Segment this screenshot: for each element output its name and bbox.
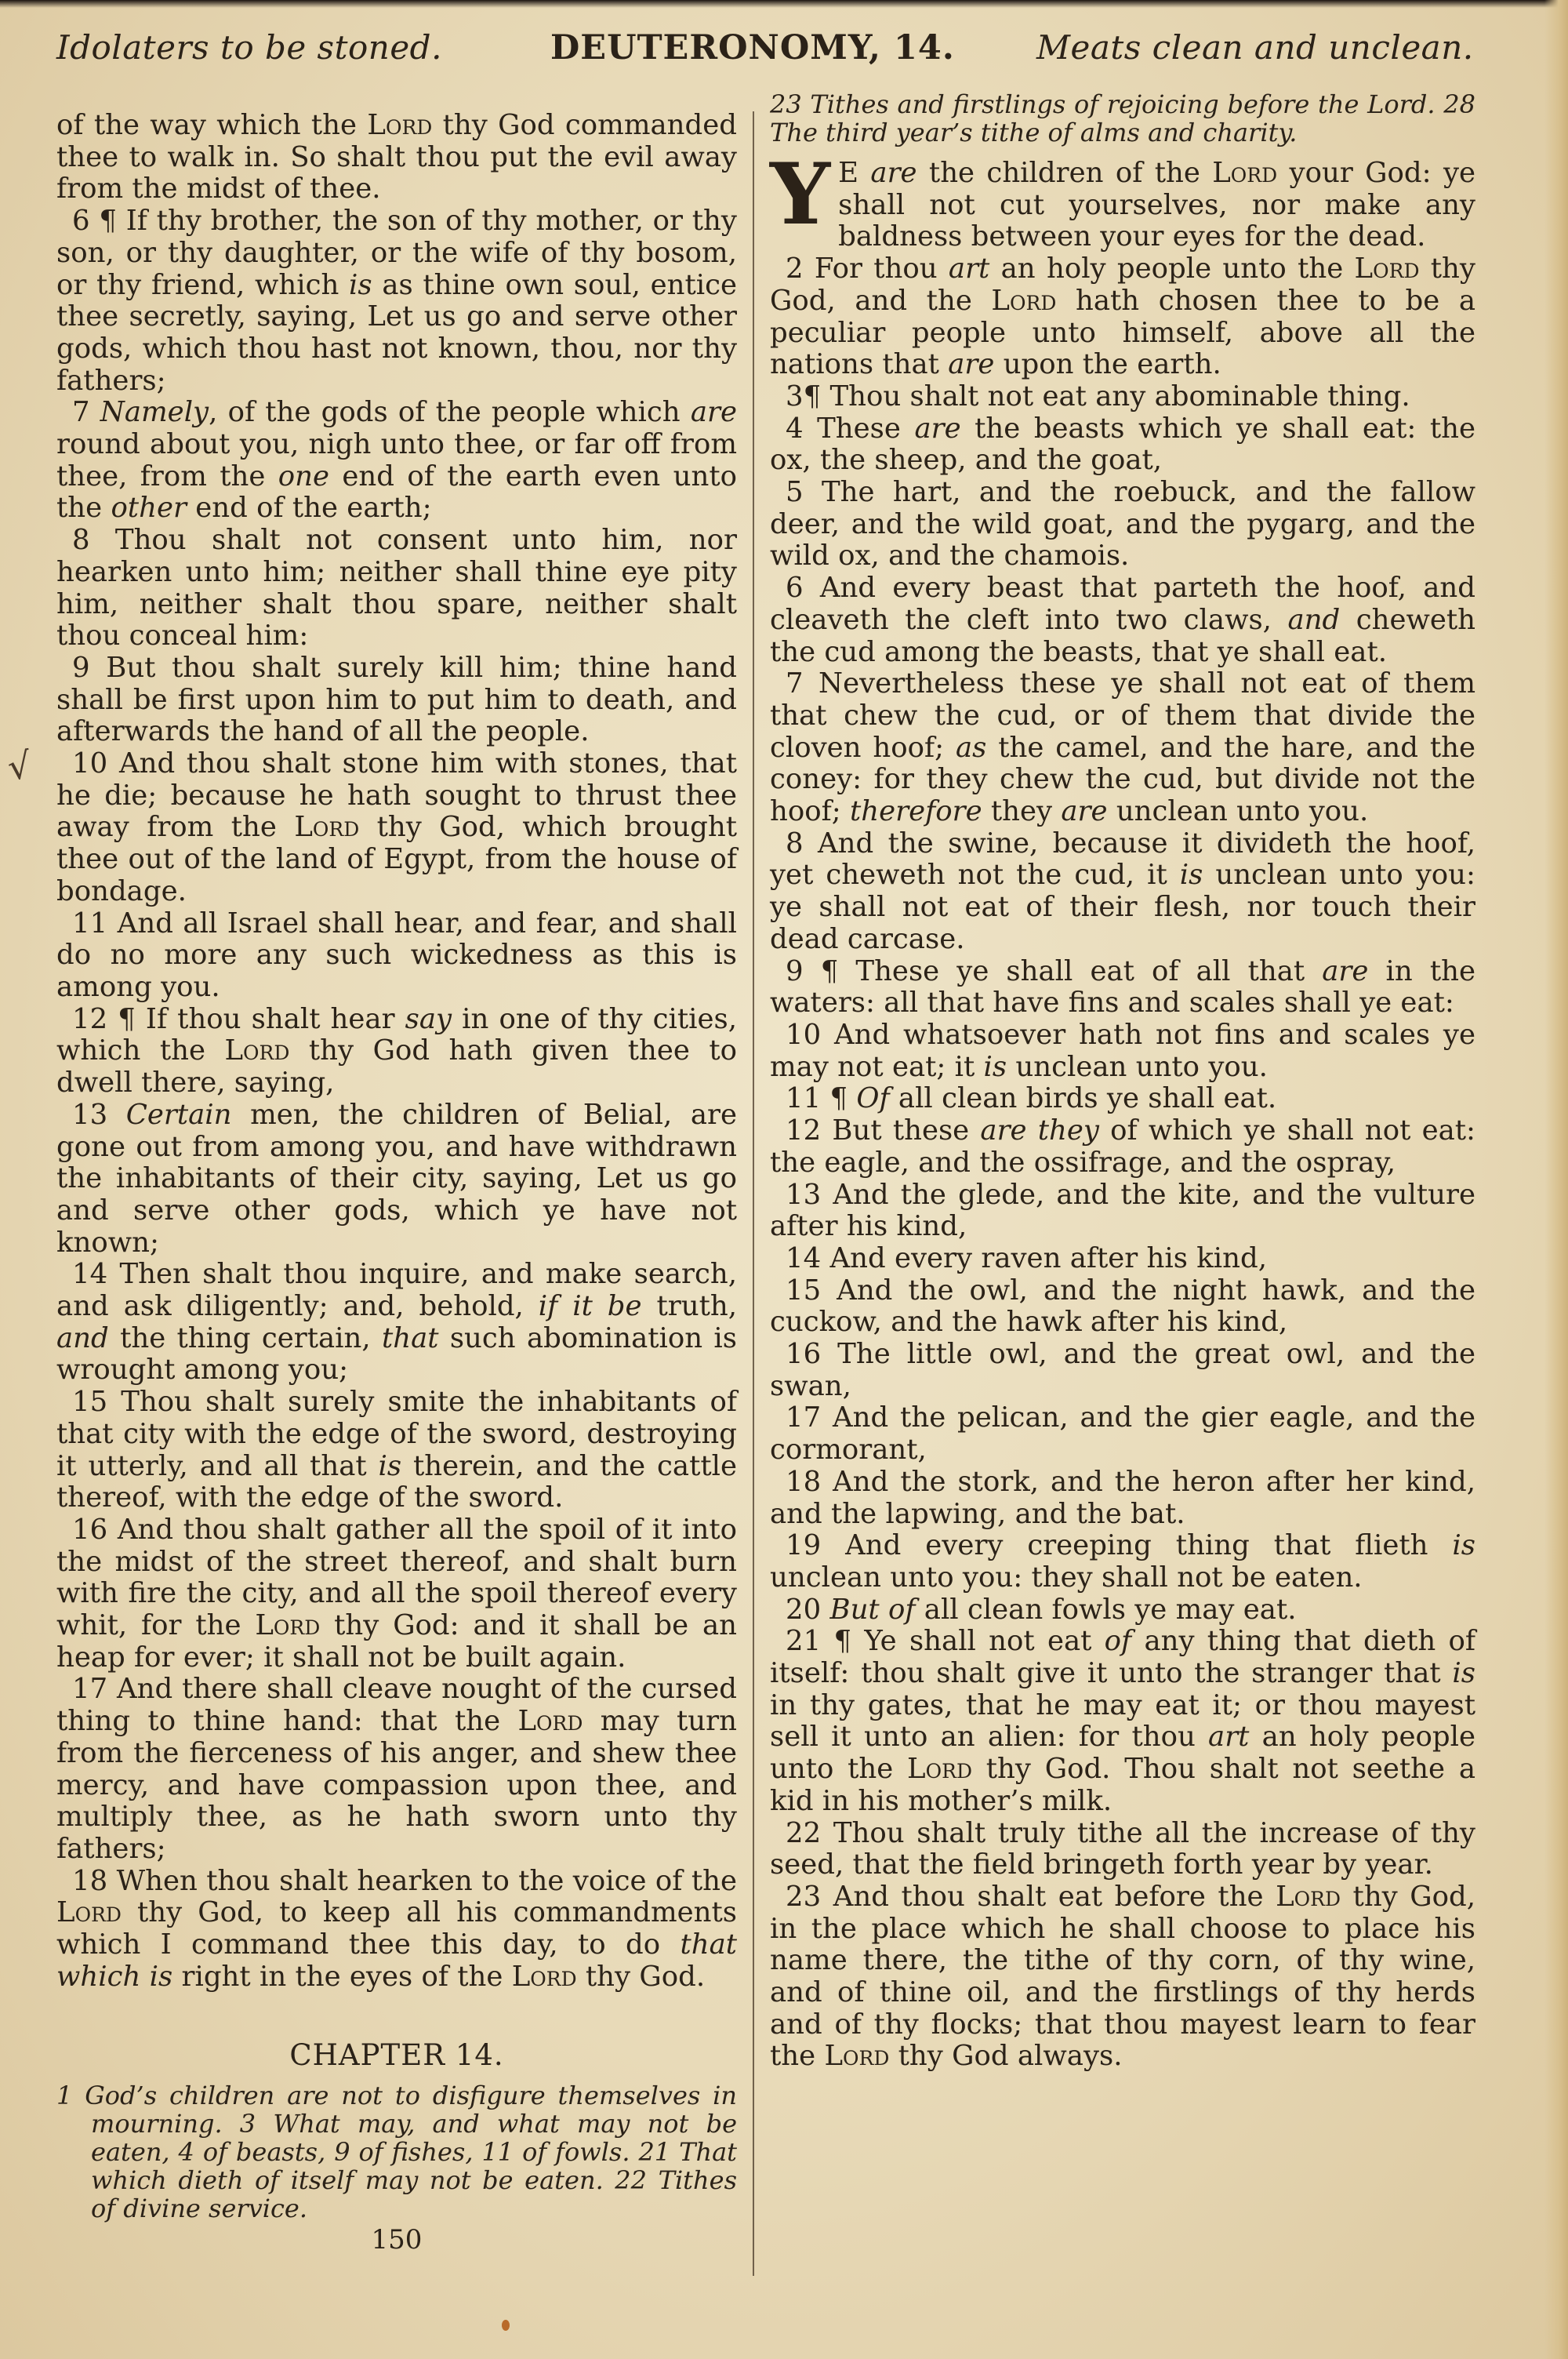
verse-number: 13 xyxy=(56,1099,107,1131)
verse-16: 16 The little owl, and the great owl, an… xyxy=(770,1339,1475,1402)
verse-number: 19 xyxy=(770,1529,821,1561)
verse-number: 9 xyxy=(770,955,804,987)
pilcrow-icon: ¶ xyxy=(833,1625,851,1657)
verse-number: 17 xyxy=(56,1673,107,1705)
verse-22: 22 Thou shalt truly tithe all the increa… xyxy=(770,1818,1475,1881)
chapter-title: CHAPTER 14. xyxy=(56,2040,737,2072)
verse-9: 9 But thou shalt surely kill him; thine … xyxy=(56,652,737,748)
verse-continuation: of the way which the Lord thy God comman… xyxy=(56,110,737,205)
verse-7: 7 Nevertheless these ye shall not eat of… xyxy=(770,668,1475,828)
pilcrow-icon: ¶ xyxy=(821,955,839,987)
chapter-summary-continuation: 23 Tithes and firstlings of rejoicing be… xyxy=(770,90,1475,147)
lord-small-caps: Lord xyxy=(367,109,432,141)
verse-number: 15 xyxy=(56,1386,107,1418)
verse-number: 18 xyxy=(56,1865,107,1897)
verse-8: 8 And the swine, because it divideth the… xyxy=(770,828,1475,956)
verse-17: 17 And the pelican, and the gier eagle, … xyxy=(770,1402,1475,1466)
verse-4: 4 These are the beasts which ye shall ea… xyxy=(770,413,1475,477)
verse-number: 11 xyxy=(770,1082,821,1114)
header-left-topic: Idolaters to be stoned. xyxy=(56,28,442,67)
verse-number: 7 xyxy=(770,667,804,700)
verse-18: 18 And the stork, and the heron after he… xyxy=(770,1467,1475,1530)
verse-11: 11 ¶ Of all clean birds ye shall eat. xyxy=(770,1083,1475,1115)
lord-small-caps: Lord xyxy=(1276,1881,1341,1913)
verse-20: 20 But of all clean fowls ye may eat. xyxy=(770,1594,1475,1627)
verse-number: 21 xyxy=(770,1625,821,1657)
verse-number: 16 xyxy=(770,1338,821,1370)
verse-13: 13 And the glede, and the kite, and the … xyxy=(770,1179,1475,1243)
verse-12: 12 ¶ If thou shalt hear say in one of th… xyxy=(56,1004,737,1100)
verse-number: 11 xyxy=(56,907,107,940)
pencil-check-mark-icon: √ xyxy=(5,743,34,789)
verse-number: 5 xyxy=(770,476,804,508)
lord-small-caps: Lord xyxy=(1212,157,1277,189)
verse-8: 8 Thou shalt not consent unto him, nor h… xyxy=(56,525,737,652)
verse-6: 6 And every beast that parteth the hoof,… xyxy=(770,572,1475,668)
lord-small-caps: Lord xyxy=(512,1961,577,1993)
verse-9: 9 ¶ These ye shall eat of all that are i… xyxy=(770,956,1475,1020)
verse-number: 13 xyxy=(770,1179,821,1211)
verse-19: 19 And every creeping thing that flieth … xyxy=(770,1530,1475,1594)
running-header: Idolaters to be stoned. DEUTERONOMY, 14.… xyxy=(56,28,1483,83)
verse-number: 14 xyxy=(770,1242,821,1274)
verse-5: 5 The hart, and the roebuck, and the fal… xyxy=(770,477,1475,572)
verse-21: 21 ¶ Ye shall not eat of any thing that … xyxy=(770,1626,1475,1817)
verse-12: 12 But these are they of which ye shall … xyxy=(770,1115,1475,1179)
verse-number: 4 xyxy=(770,413,804,445)
verse-14: 14 Then shalt thou inquire, and make sea… xyxy=(56,1259,737,1387)
verse-number: 15 xyxy=(770,1274,821,1307)
paper-stain xyxy=(502,2320,510,2331)
lord-small-caps: Lord xyxy=(255,1609,320,1641)
verse-number: 17 xyxy=(770,1401,821,1434)
verse-number: 18 xyxy=(770,1466,821,1498)
pilcrow-icon: ¶ xyxy=(804,380,822,413)
verse-number: 16 xyxy=(56,1514,107,1546)
column-divider xyxy=(753,111,754,2276)
lord-small-caps: Lord xyxy=(907,1753,972,1785)
verse-number: 6 xyxy=(56,205,90,237)
lord-small-caps: Lord xyxy=(1355,253,1420,285)
lord-small-caps: Lord xyxy=(56,1896,122,1928)
verse-23: 23 And thou shalt eat before the Lord th… xyxy=(770,1881,1475,2073)
lord-small-caps: Lord xyxy=(517,1705,583,1737)
verse-3: 3¶ Thou shalt not eat any abominable thi… xyxy=(770,381,1475,413)
verse-14: 14 And every raven after his kind, xyxy=(770,1243,1475,1275)
verse-number: 8 xyxy=(770,827,804,860)
verse-number: 10 xyxy=(770,1019,821,1051)
verse-number: 23 xyxy=(770,1881,821,1913)
page-top-shadow xyxy=(0,0,1568,8)
verse-number: 6 xyxy=(770,572,804,604)
verse-1: YE are the children of the Lord your God… xyxy=(770,158,1475,253)
verse-11: 11 And all Israel shall hear, and fear, … xyxy=(56,908,737,1004)
header-book-chapter: DEUTERONOMY, 14. xyxy=(550,28,955,67)
verse-number: 20 xyxy=(770,1594,821,1626)
verse-number: 2 xyxy=(770,253,804,285)
verse-10: 10 And thou shalt stone him with stones,… xyxy=(56,748,737,908)
verse-number: 12 xyxy=(56,1003,107,1035)
verse-number: 9 xyxy=(56,652,90,684)
verse-13: 13 Certain men, the children of Belial, … xyxy=(56,1100,737,1259)
pilcrow-icon: ¶ xyxy=(829,1082,848,1114)
right-column: 23 Tithes and firstlings of rejoicing be… xyxy=(770,90,1475,2073)
lord-small-caps: Lord xyxy=(991,285,1056,317)
verse-6: 6 ¶ If thy brother, the son of thy mothe… xyxy=(56,205,737,397)
verse-2: 2 For thou art an holy people unto the L… xyxy=(770,253,1475,381)
lord-small-caps: Lord xyxy=(224,1034,289,1067)
pilcrow-icon: ¶ xyxy=(99,205,117,237)
verse-number: 7 xyxy=(56,396,90,428)
chapter-summary: 1 God’s children are not to disfigure th… xyxy=(56,2081,737,2223)
drop-cap: Y xyxy=(770,162,830,227)
verse-15: 15 And the owl, and the night hawk, and … xyxy=(770,1275,1475,1339)
page-number: 150 xyxy=(56,2224,737,2256)
page-edge xyxy=(1544,0,1568,2359)
verse-18: 18 When thou shalt hearken to the voice … xyxy=(56,1866,737,1994)
verse-17: 17 And there shall cleave nought of the … xyxy=(56,1674,737,1865)
verse-number: 8 xyxy=(56,524,90,556)
verse-number: 10 xyxy=(56,747,107,780)
lord-small-caps: Lord xyxy=(294,811,359,843)
verse-7: 7 Namely, of the gods of the people whic… xyxy=(56,397,737,525)
lord-small-caps: Lord xyxy=(824,2040,889,2072)
left-column: of the way which the Lord thy God comman… xyxy=(56,110,737,2256)
verse-16: 16 And thou shalt gather all the spoil o… xyxy=(56,1514,737,1674)
verse-number: 22 xyxy=(770,1817,821,1849)
verse-number: 14 xyxy=(56,1258,107,1290)
verse-number: 12 xyxy=(770,1114,821,1147)
verse-number: 3 xyxy=(770,380,804,413)
verse-15: 15 Thou shalt surely smite the inhabitan… xyxy=(56,1387,737,1514)
header-right-topic: Meats clean and unclean. xyxy=(1036,28,1474,67)
pilcrow-icon: ¶ xyxy=(118,1003,136,1035)
verse-10: 10 And whatsoever hath not fins and scal… xyxy=(770,1020,1475,1083)
